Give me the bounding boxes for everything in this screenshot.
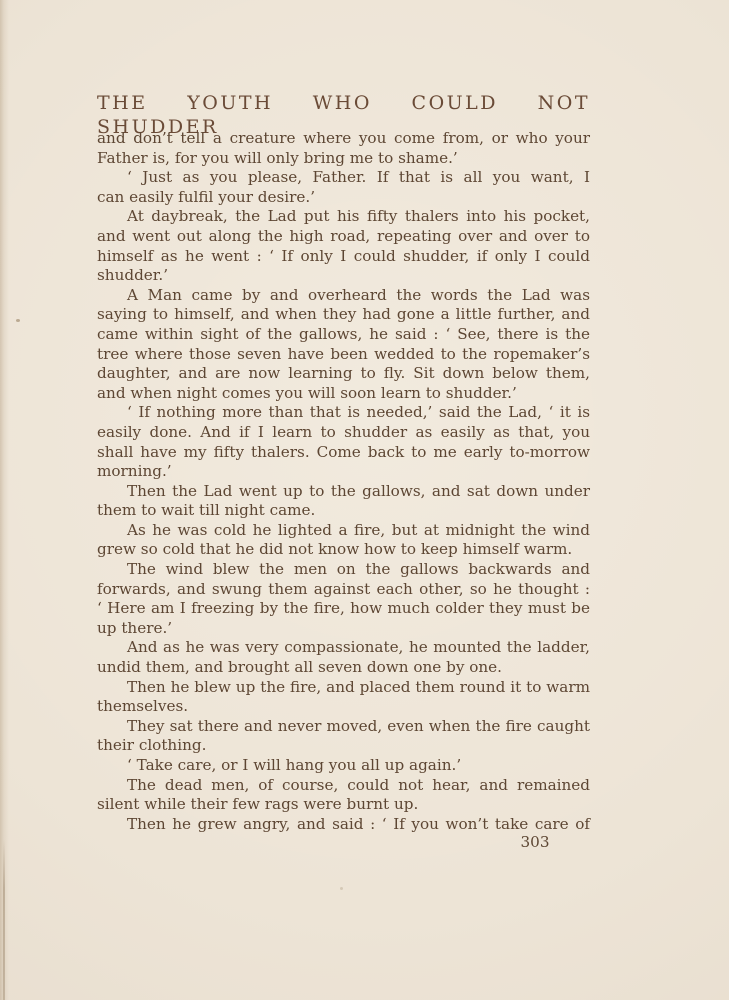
text-line: A Man came by and overheard the words th… <box>97 286 590 306</box>
book-page: THE YOUTH WHO COULD NOT SHUDDER and don’… <box>0 0 729 1000</box>
text-line: saying to himself, and when they had gon… <box>97 305 590 325</box>
text-line: The dead men, of course, could not hear,… <box>97 776 590 796</box>
page-number: 303 <box>500 833 570 853</box>
text-line: And as he was very compassionate, he mou… <box>97 638 590 658</box>
text-line: Then he grew angry, and said : ‘ If you … <box>97 815 590 835</box>
text-line: shudder.’ <box>97 266 590 286</box>
text-line: ‘ If nothing more than that is needed,’ … <box>97 403 590 423</box>
text-line: The wind blew the men on the gallows bac… <box>97 560 590 580</box>
text-line: and when night comes you will soon learn… <box>97 384 590 404</box>
text-line: himself as he went : ‘ If only I could s… <box>97 247 590 267</box>
text-block: and don’t tell a creature where you come… <box>97 129 590 834</box>
text-line: Then the Lad went up to the gallows, and… <box>97 482 590 502</box>
text-line: grew so cold that he did not know how to… <box>97 540 590 560</box>
paragraph: Then he blew up the fire, and placed the… <box>97 678 590 717</box>
paragraph: ‘ If nothing more than that is needed,’ … <box>97 403 590 481</box>
text-line: and don’t tell a creature where you come… <box>97 129 590 149</box>
text-line: and went out along the high road, repeat… <box>97 227 590 247</box>
text-line: easily done. And if I learn to shudder a… <box>97 423 590 443</box>
text-line: ‘ Here am I freezing by the fire, how mu… <box>97 599 590 619</box>
text-line: silent while their few rags were burnt u… <box>97 795 590 815</box>
text-line: their clothing. <box>97 736 590 756</box>
paragraph: A Man came by and overheard the words th… <box>97 286 590 404</box>
page-left-edge <box>0 0 9 1000</box>
page-edge-crease <box>3 840 5 1000</box>
text-line: At daybreak, the Lad put his fifty thale… <box>97 207 590 227</box>
paragraph: ‘ Take care, or I will hang you all up a… <box>97 756 590 776</box>
text-line: can easily fulfil your desire.’ <box>97 188 590 208</box>
paper-speck <box>340 887 343 890</box>
paragraph: The wind blew the men on the gallows bac… <box>97 560 590 638</box>
text-line: them to wait till night came. <box>97 501 590 521</box>
text-line: shall have my fifty thalers. Come back t… <box>97 443 590 463</box>
paper-speck <box>16 319 20 322</box>
text-line: They sat there and never moved, even whe… <box>97 717 590 737</box>
text-line: themselves. <box>97 697 590 717</box>
text-line: ‘ Take care, or I will hang you all up a… <box>97 756 590 776</box>
text-line: ‘ Just as you please, Father. If that is… <box>97 168 590 188</box>
text-line: came within sight of the gallows, he sai… <box>97 325 590 345</box>
text-line: As he was cold he lighted a fire, but at… <box>97 521 590 541</box>
paragraph: Then he grew angry, and said : ‘ If you … <box>97 815 590 835</box>
text-line: morning.’ <box>97 462 590 482</box>
text-line: daughter, and are now learning to fly. S… <box>97 364 590 384</box>
paragraph: And as he was very compassionate, he mou… <box>97 638 590 677</box>
text-line: tree where those seven have been wedded … <box>97 345 590 365</box>
paragraph: At daybreak, the Lad put his fifty thale… <box>97 207 590 285</box>
text-line: Father is, for you will only bring me to… <box>97 149 590 169</box>
text-line: up there.’ <box>97 619 590 639</box>
paragraph: and don’t tell a creature where you come… <box>97 129 590 168</box>
paragraph: Then the Lad went up to the gallows, and… <box>97 482 590 521</box>
paragraph: As he was cold he lighted a fire, but at… <box>97 521 590 560</box>
paragraph: They sat there and never moved, even whe… <box>97 717 590 756</box>
text-line: undid them, and brought all seven down o… <box>97 658 590 678</box>
paragraph: The dead men, of course, could not hear,… <box>97 776 590 815</box>
text-line: Then he blew up the fire, and placed the… <box>97 678 590 698</box>
text-line: forwards, and swung them against each ot… <box>97 580 590 600</box>
paragraph: ‘ Just as you please, Father. If that is… <box>97 168 590 207</box>
